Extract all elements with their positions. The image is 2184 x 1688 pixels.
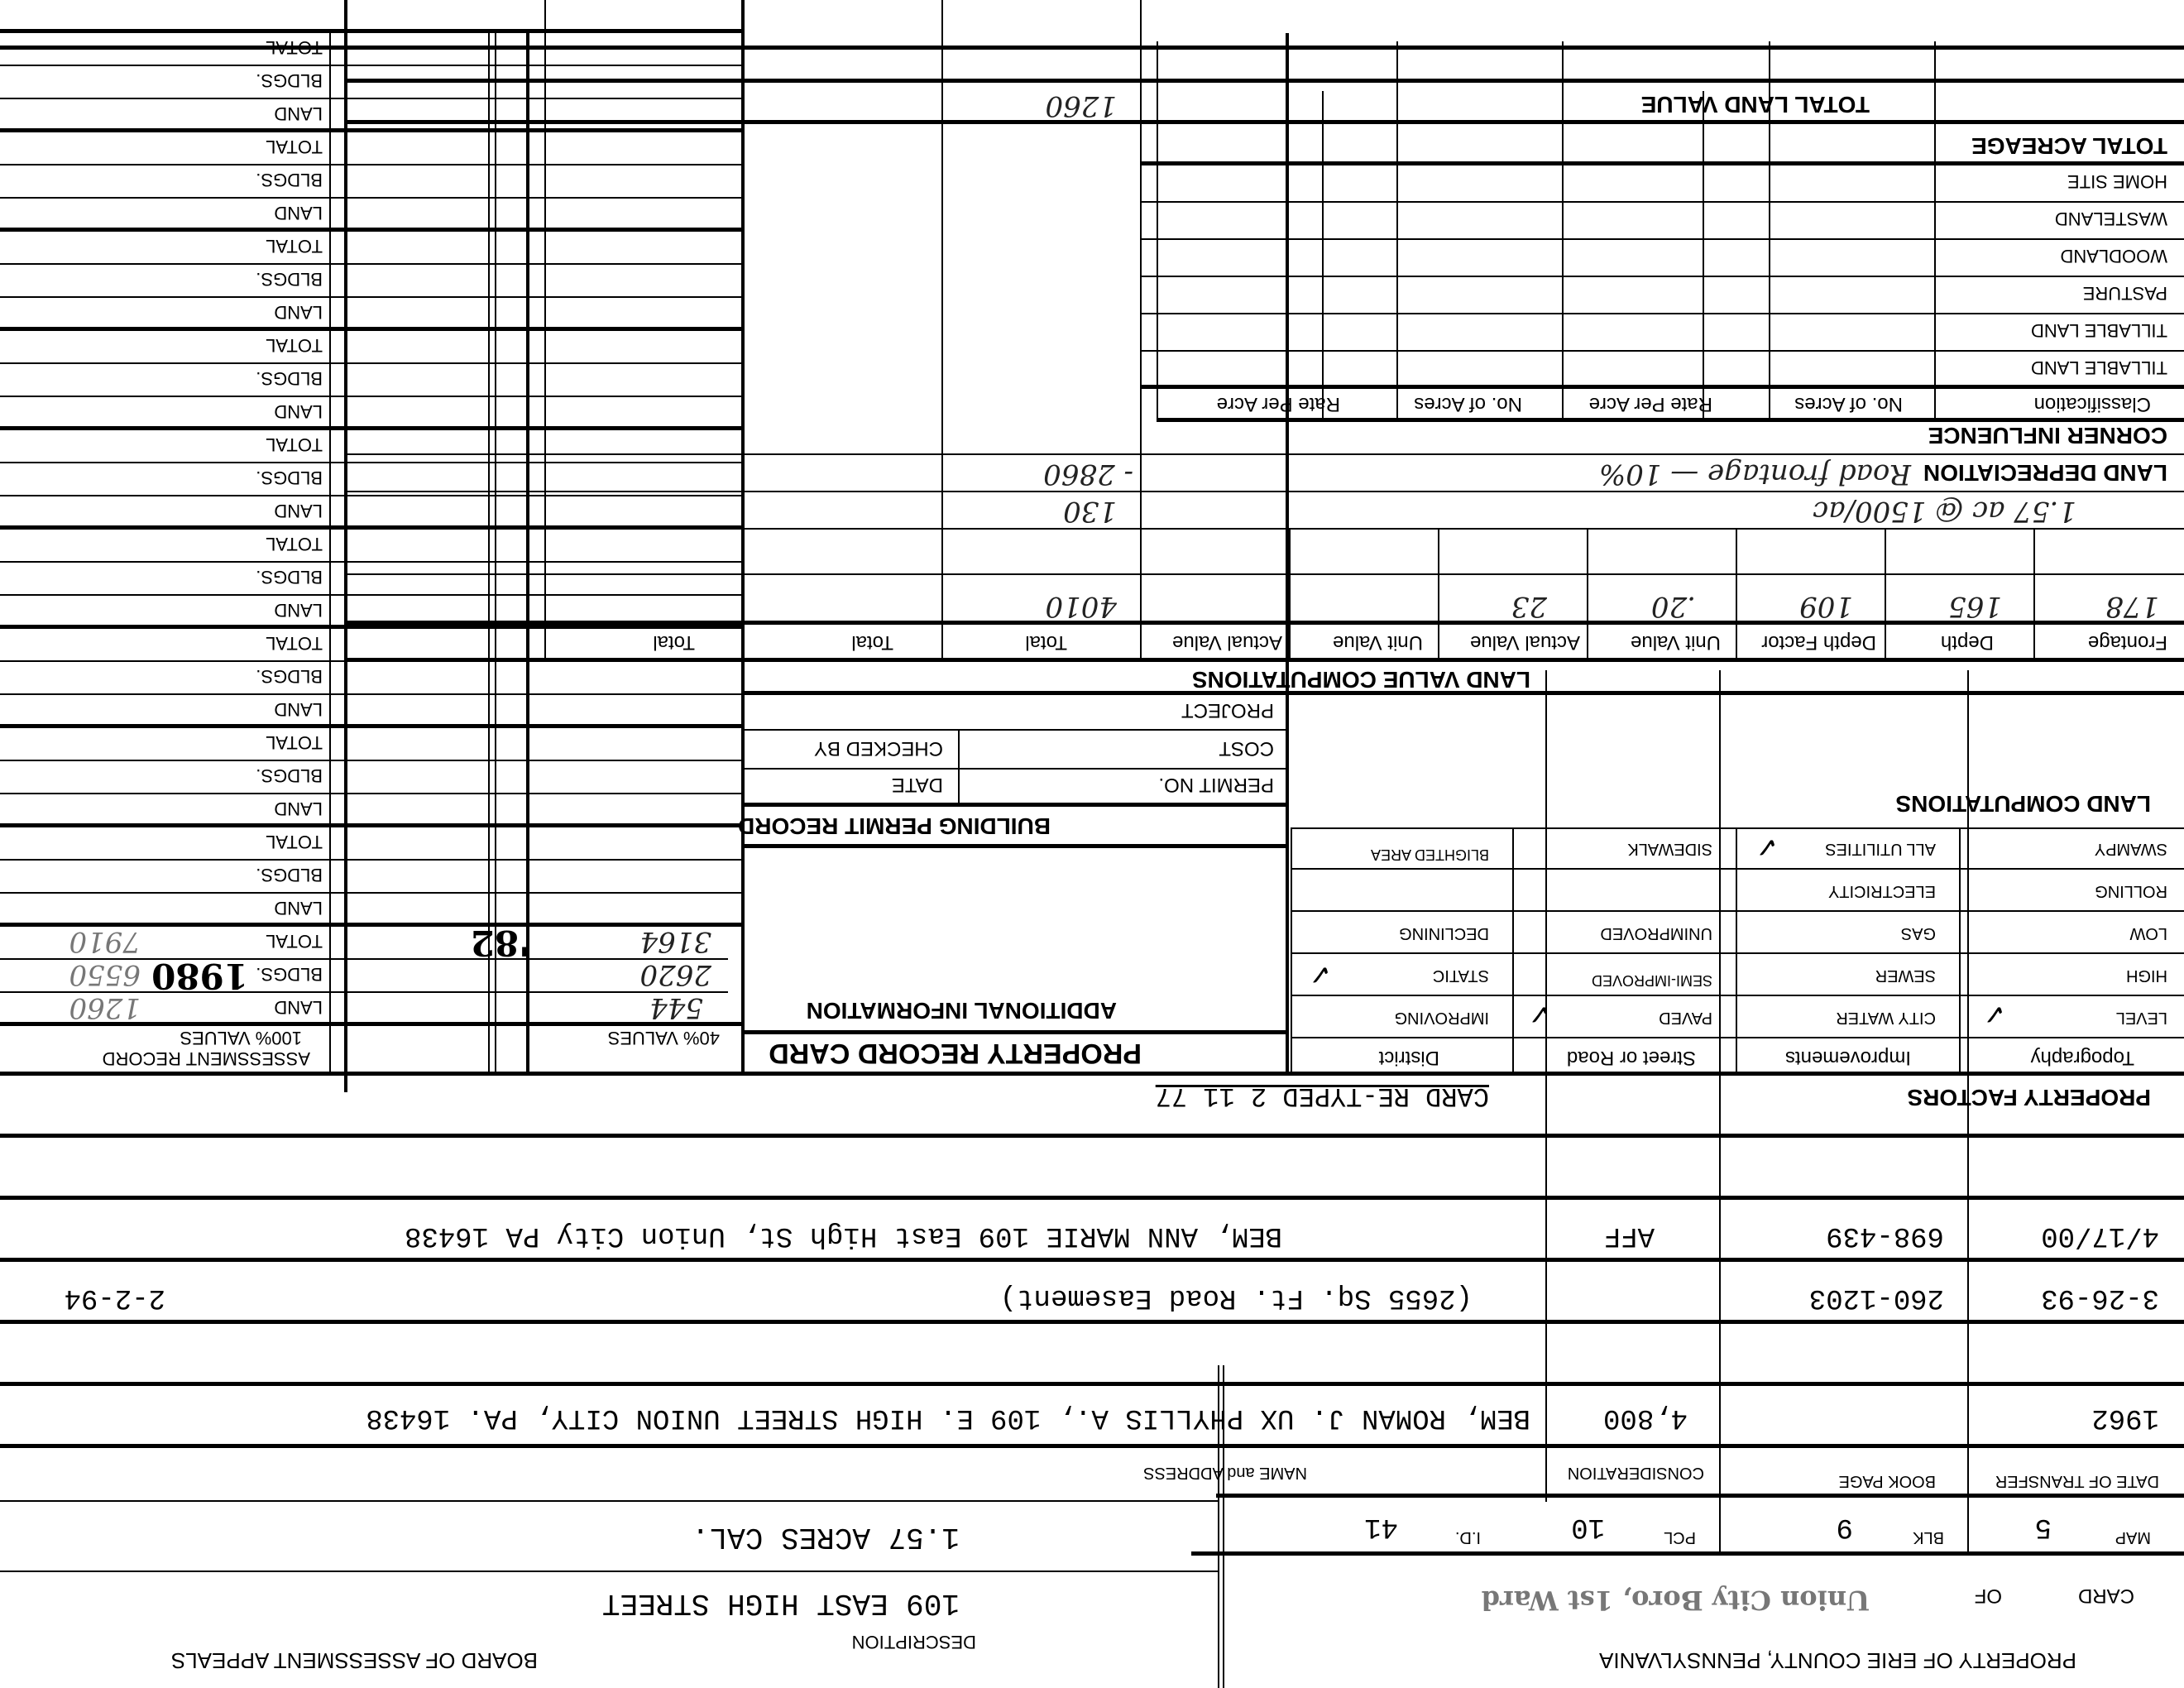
permit-cost-label: COST [1219,738,1274,758]
assess-land-40: 544 [649,994,703,1022]
acreage-wasteland: WASTELAND [2055,209,2167,228]
retyped-note: CARD RE-TYPED 2 11 77 [1156,1082,1489,1109]
assess-total-40: 3164 [639,928,711,956]
pf-level[interactable]: LEVEL [2116,1009,2167,1026]
of-label: OF [1975,1585,2002,1605]
transfer-3-name: (2655 Sq. Ft. Road Easement) [1000,1283,1473,1312]
pf-city-water[interactable]: CITY WATER [1836,1009,1936,1026]
th-depth: Depth [1941,632,1994,652]
assess-row-label: LAND [274,104,323,122]
pf-all-utilities[interactable]: ALL UTILITIES [1825,841,1936,857]
assess-row-label: TOTAL [266,733,323,751]
transfer-1-consideration: 4,800 [1603,1403,1688,1431]
land-depreciation-label: LAND DEPRECIATION [1923,461,2167,484]
th-consideration: CONSIDERATION [1568,1465,1704,1481]
pf-paved[interactable]: PAVED [1659,1009,1712,1026]
pf-electricity[interactable]: ELECTRICITY [1828,883,1936,899]
id-label: I.D. [1455,1529,1481,1546]
transfer-3-date: 3-26-93 [2041,1283,2159,1312]
th-depth-factor: Depth Factor [1761,632,1876,652]
lv-unit-value: .20 [1651,592,1696,621]
land-computations-title: LAND COMPUTATIONS [1896,792,2152,815]
assessment-year-note: '82 [471,925,529,960]
assess-row-label: LAND [274,899,323,917]
pf-gas[interactable]: GAS [1901,925,1936,942]
id-value: 41 [1364,1513,1398,1541]
col-40-values: 40% VALUES [608,1029,720,1047]
pf-low[interactable]: LOW [2129,925,2167,942]
assess-total-100: 7910 [69,928,141,956]
pf-high[interactable]: HIGH [2126,967,2167,984]
transfer-1-name: BEM, ROMAN J. UX PHYLLIS A., 109 E. HIGH… [366,1403,1530,1431]
county-title: PROPERTY OF ERIE COUNTY, PENNSYLVANIA [1599,1650,2076,1671]
lv-acreage-note: 1.57 ac @ 1500/ac [1813,497,2076,525]
total-land-value-label: TOTAL LAND VALUE [1641,93,1870,116]
pcl-label: PCL [1664,1529,1696,1546]
property-record-card-title: PROPERTY RECORD CARD [769,1039,1142,1067]
assess-row-label: TOTAL [266,634,323,652]
corner-influence-label: CORNER INFLUENCE [1928,424,2167,447]
th-total-1: Total [1025,632,1067,652]
assessment-year-stamp: 1980 [151,958,248,993]
th-total-3: Total [653,632,695,652]
assess-row-label: TOTAL [266,435,323,453]
assess-land-100: 1260 [69,994,141,1022]
th-unit-value-2: Unit Value [1333,632,1423,652]
lv-depreciation-value-1: 130 [1063,497,1117,525]
th-no-of-acres: No. of Acres [1794,394,1903,414]
property-record-card: PROPERTY OF ERIE COUNTY, PENNSYLVANIA BO… [0,0,2184,1688]
assess-row-label: BLDGS. [256,170,323,189]
description-line2: 1.57 ACRES CAL. [692,1522,960,1551]
lv-depth: 165 [1948,592,2002,621]
pf-sewer[interactable]: SEWER [1875,967,1936,984]
transfer-4-date: 4/17/00 [2041,1221,2159,1249]
assess-row-label: LAND [274,204,323,222]
pf-header-street: Street or Road [1567,1048,1696,1067]
card-label: CARD [2078,1585,2134,1605]
description-label: DESCRIPTION [852,1633,976,1651]
assess-row-label: LAND [274,501,323,520]
assess-row-label: BLDGS. [256,369,323,387]
board-title: BOARD OF ASSESSMENT APPEALS [171,1650,538,1671]
assess-row-label: LAND [274,799,323,818]
lv-total: 4010 [1045,592,1117,621]
pcl-value: 10 [1571,1513,1605,1541]
assess-row-label: TOTAL [266,237,323,255]
map-value: 5 [2035,1513,2052,1541]
check-icon: ✓ [1528,1000,1552,1028]
transfer-3-book-page: 260-1203 [1809,1283,1944,1312]
th-total-2: Total [851,632,893,652]
acreage-pasture: PASTURE [2083,284,2167,302]
th-actual-value-2: Actual Value [1172,632,1282,652]
assess-land-label: LAND [274,998,323,1016]
assess-bldgs-100: 6550 [69,961,141,989]
depreciation-note: Road frontage — 10% [1599,460,1911,488]
assess-row-label: LAND [274,303,323,321]
acreage-total: TOTAL ACREAGE [1971,134,2167,157]
acreage-tillable-1: TILLABLE LAND [2031,358,2167,376]
col-100-values: 100% VALUES [180,1029,302,1047]
description-line1: 109 EAST HIGH STREET [602,1588,960,1618]
assess-row-label: TOTAL [266,137,323,156]
acreage-tillable-2: TILLABLE LAND [2031,321,2167,339]
pf-improving[interactable]: IMPROVING [1395,1009,1489,1026]
pf-declining[interactable]: DECLINING [1399,925,1489,942]
pf-header-district: District [1379,1048,1439,1067]
th-book-page: BOOK PAGE [1839,1473,1936,1489]
pf-swampy[interactable]: SWAMPY [2095,841,2167,857]
th-no-of-acres-2: No. of Acres [1414,394,1522,414]
transfer-4-book-page: 698-439 [1826,1221,1944,1249]
th-classification: Classification [2034,394,2151,414]
th-rate-per-acre: Rate Per Acre [1589,394,1712,414]
check-icon: ✓ [1983,1000,2007,1028]
check-icon: ✓ [1755,832,1779,861]
acreage-home-site: HOME SITE [2067,172,2167,190]
building-permit-title: BUILDING PERMIT RECORD [738,814,1051,837]
lv-depreciation-value-2: - 2860 [1043,460,1133,488]
blk-value: 9 [1837,1513,1853,1541]
lv-frontage: 178 [2105,592,2159,621]
transfer-4-consideration: AFF [1604,1221,1655,1249]
th-frontage: Frontage [2088,632,2167,652]
permit-checked-by-label: CHECKED BY [814,738,943,758]
property-factors-title: PROPERTY FACTORS [1907,1086,2151,1109]
assess-row-label: BLDGS. [256,270,323,288]
transfer-3-note: 2-2-94 [65,1283,165,1312]
pf-header-topography: Topography [2031,1048,2134,1067]
assess-row-label: LAND [274,601,323,619]
lv-actual-value: 23 [1511,592,1547,621]
assess-row-label: LAND [274,700,323,718]
additional-info-title: ADDITIONAL INFORMATION [807,999,1117,1022]
assessment-record-title: ASSESSMENT RECORD [103,1049,310,1067]
pf-rolling[interactable]: ROLLING [2095,883,2167,899]
assess-row-label: TOTAL [266,336,323,354]
pf-header-improvements: Improvements [1785,1048,1911,1067]
pf-semi-improved[interactable]: SEMI-IMPROVED [1592,973,1712,988]
assess-row-label: BLDGS. [256,667,323,685]
th-unit-value: Unit Value [1631,632,1721,652]
assess-row-label: BLDGS. [256,71,323,89]
assess-row-label: TOTAL [266,832,323,851]
pf-blighted-area[interactable]: BLIGHTED AREA [1371,847,1489,862]
assess-row-label: BLDGS. [256,568,323,586]
assess-row-label: BLDGS. [256,766,323,784]
assess-row-label: TOTAL [266,38,323,56]
th-date-of-transfer: DATE OF TRANSFER [1995,1473,2159,1489]
pf-sidewalk[interactable]: SIDEWALK [1627,841,1712,857]
district-stamp: Union City Boro, 1st Ward [1482,1587,1870,1614]
transfer-4-name: BEM, ANN MARIE 109 East High St, Union C… [405,1221,1282,1249]
lv-depth-factor: 109 [1799,592,1853,621]
transfer-1-date: 1962 [2091,1403,2159,1431]
assess-row-label: TOTAL [266,535,323,553]
assess-bldgs-40: 2620 [639,961,711,989]
permit-date-label: DATE [892,774,943,794]
check-icon: ✓ [1309,960,1333,988]
assess-bldgs-label: BLDGS. [256,965,323,983]
total-land-value: 1260 [1045,92,1117,120]
assess-row-label: LAND [274,402,323,420]
permit-project-label: PROJECT [1181,700,1274,720]
acreage-woodland: WOODLAND [2060,247,2167,265]
pf-unimproved[interactable]: UNIMPROVED [1600,925,1712,942]
assess-row-label: BLDGS. [256,468,323,487]
th-rate-per-acre-2: Rate Per Acre [1217,394,1340,414]
land-value-title: LAND VALUE COMPUTATIONS [1192,668,1530,691]
map-label: MAP [2115,1529,2151,1546]
assess-total-label: TOTAL [266,932,323,950]
permit-no-label: PERMIT NO. [1158,774,1274,794]
th-actual-value: Actual Value [1470,632,1580,652]
blk-label: BLK [1913,1529,1944,1546]
pf-static[interactable]: STATIC [1433,967,1489,984]
th-name-address: NAME and ADDRESS [1143,1465,1307,1481]
assess-row-label: BLDGS. [256,866,323,884]
